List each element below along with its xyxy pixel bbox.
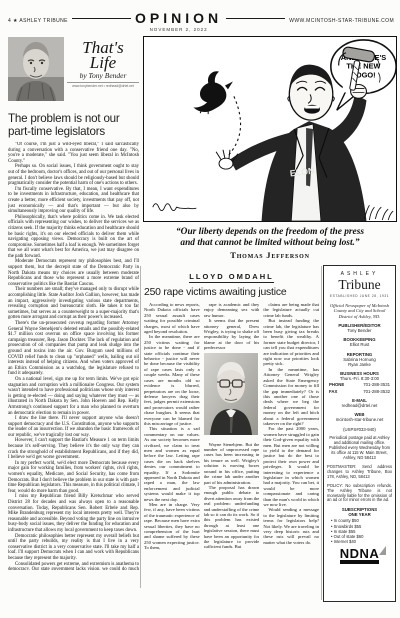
- masthead-box: ASHLEY Tribune ESTABLISHED JUNE 28, 1931…: [323, 265, 396, 602]
- column-divider-left: [140, 266, 141, 588]
- paragraph: "Of course, I'm just a wild-eyed liberal…: [8, 142, 139, 164]
- paragraph: Would sending a message to the legislatu…: [263, 507, 319, 545]
- paragraph: But instead funding the crime lab, the l…: [263, 318, 319, 367]
- paragraph: I miss my Republican friend Billy Kretsc…: [8, 494, 139, 533]
- fax-row: FAX701-288-3532: [327, 389, 392, 394]
- twitter-bird-icon: [193, 71, 233, 114]
- policy-statement: POLICY: No subscription refunds. The Ash…: [327, 484, 392, 504]
- paragraph: • Internet $40: [331, 539, 392, 544]
- editorial-cartoon: AND HERE'S THE NEW LOGO! ELON: [143, 36, 397, 222]
- article-column-3: claims are being made that the legislatu…: [263, 302, 319, 598]
- role-name: Elliot Rust: [327, 342, 392, 347]
- role-name: Tony Bender: [327, 328, 392, 333]
- publication-name: ASHLEY TRIBUNE: [19, 18, 68, 24]
- stenehjem-photo: [204, 353, 258, 435]
- columnist-contact: www.tonybender.net • redhead@drtel.net: [67, 82, 139, 88]
- article-author: LLOYD OMDAHL: [144, 266, 319, 284]
- paragraph: Perhaps so. On social issues, I think go…: [8, 164, 139, 186]
- cartoonist-signature: [153, 204, 197, 211]
- section-title: OPINION: [135, 10, 222, 26]
- postage-statement: Periodical postage paid at Ashley and ad…: [327, 436, 392, 461]
- paragraph: According to news reports, North Dakota …: [144, 302, 200, 334]
- press-freedom-quote: “Our liberty depends on the freedom of t…: [143, 227, 397, 260]
- paragraph: In my perfect world, we'd elect more Dem…: [8, 461, 139, 495]
- column-title-line2: Life: [67, 55, 139, 70]
- section-title-block: OPINION NOVEMBER 2, 2022: [135, 10, 222, 32]
- paragraph: For the past 2000 years, women have stru…: [263, 426, 319, 507]
- elon-figure: ELON: [216, 46, 380, 221]
- toss-trajectory: [228, 96, 241, 155]
- business-hours: BUSINESS HOURS Thurs.-Fri. 8:30-3:00: [327, 371, 392, 381]
- phone-label: PHONE: [329, 382, 344, 387]
- columnist-column: That's Life by Tony Bender www.tonybende…: [8, 34, 139, 570]
- paragraph: The proposal has drawn enough public deb…: [204, 485, 260, 550]
- columnist-header: That's Life by Tony Bender www.tonybende…: [8, 34, 139, 108]
- paragraph: Wayne Stenehjem. But the number of unpro…: [204, 442, 260, 485]
- article-column-1: According to news reports, North Dakota …: [144, 302, 200, 598]
- website-url: WWW.MCINTOSH-STAR-TRIBUNE.COM: [289, 18, 394, 24]
- paragraph: There's the un-prosecuted coverup regard…: [8, 321, 139, 377]
- header-rule-right: [226, 18, 285, 19]
- paragraph: I'm fiscally conservative. By that, I me…: [8, 187, 139, 215]
- paragraph: Men are in charge. Very few, if any, hav…: [144, 502, 200, 551]
- paragraph: On a national level, sign me up for term…: [8, 377, 139, 416]
- svg-text:THE NEW: THE NEW: [346, 62, 380, 71]
- article-column-2: rape is academic and they enjoy demeanin…: [204, 302, 260, 598]
- article-columns: According to news reports, North Dakota …: [144, 302, 319, 598]
- subscription-rates: • In county $50• Snowbirds $55• In state…: [327, 518, 392, 544]
- column-2-top: rape is academic and they enjoy demeanin…: [204, 302, 260, 351]
- fax-number: 701-288-3532: [363, 389, 390, 394]
- paragraph: However, I can't support the Bastiat's M…: [8, 438, 139, 460]
- quote-attribution: Thomas Jefferson: [143, 250, 397, 260]
- paragraph: In the meantime, there are 250 victims w…: [144, 334, 200, 426]
- column-divider-right: [321, 266, 322, 600]
- columnist-body: "Of course, I'm just a wild-eyed liberal…: [8, 142, 139, 570]
- masthead-name: Tribune: [327, 277, 392, 293]
- header-rule-left: [72, 18, 131, 19]
- role-name: Ryan Janke: [327, 362, 392, 367]
- web-address: mcintosh-star-tribune.net: [327, 417, 392, 422]
- email-block: E-MAIL redhead@drtel.net WEB mcintosh-st…: [327, 398, 392, 422]
- column-title: That's Life by Tony Bender www.tonybende…: [67, 40, 139, 88]
- issue-date: NOVEMBER 2, 2022: [135, 27, 222, 32]
- quote-line1: “Our liberty depends on the freedom of t…: [143, 227, 397, 238]
- staff-roles: PUBLISHER/EDITOR Tony Bender BOOKKEEPING…: [327, 323, 392, 367]
- paragraph: Democratic philosophies better represent…: [8, 534, 139, 562]
- page-number: 4: [8, 18, 11, 24]
- paragraph: It seems that the present attorney gener…: [204, 318, 260, 350]
- columnist-photo: [8, 37, 64, 101]
- hours-value: Thurs.-Fri. 8:30-3:00: [327, 376, 392, 381]
- page-number-and-publication: 4 ★ ASHLEY TRIBUNE: [8, 18, 68, 24]
- postmaster-statement: POSTMASTER: Send address changes to Ashl…: [327, 465, 392, 480]
- omdahl-article: LLOYD OMDAHL 250 rape victims awaiting j…: [144, 266, 319, 598]
- grass: [364, 205, 393, 220]
- newspaper-opinion-page: 4 ★ ASHLEY TRIBUNE OPINION NOVEMBER 2, 2…: [0, 0, 400, 618]
- ndna-logo: NDNA: [340, 548, 380, 564]
- email-address: redhead@drtel.net: [327, 403, 392, 408]
- columnist-headline: The problem is not our part-time legisla…: [8, 112, 139, 138]
- ndna-text: NDNA: [340, 548, 380, 559]
- star-icon: ★: [13, 18, 18, 24]
- paragraph: I draw the line there. I'll never suppor…: [8, 416, 139, 438]
- paragraph: Moderate Democrats represent my philosop…: [8, 259, 139, 287]
- usps-number: (USPS#033-940): [327, 427, 392, 432]
- ndna-flag-accent: [379, 546, 386, 555]
- paragraph: Consolidated powers get extreme, and ext…: [8, 562, 139, 570]
- paragraph: Their numbers are small; they've managed…: [8, 287, 139, 321]
- column-2-bottom: Wayne Stenehjem. But the number of unpro…: [204, 442, 260, 550]
- paragraph: Philosophically, that's where politics c…: [8, 215, 139, 260]
- columnist-byline: by Tony Bender: [67, 71, 139, 80]
- cartoon-drawing: AND HERE'S THE NEW LOGO! ELON: [144, 37, 396, 221]
- subscriptions: SUBSCRIPTIONS ONE YEAR • In county $50• …: [327, 507, 392, 544]
- paragraph: claims are being made that the legislatu…: [263, 302, 319, 318]
- subscriptions-term: ONE YEAR: [327, 512, 392, 517]
- paragraph: This situation is a sad commentary on ou…: [144, 426, 200, 502]
- quote-line2: and that cannot be limited without being…: [143, 238, 397, 249]
- author-name: LLOYD OMDAHL: [189, 272, 273, 283]
- paragraph: rape is academic and they enjoy demeanin…: [204, 302, 260, 318]
- official-newspaper-statement: Official Newspaper of McIntosh County an…: [327, 303, 392, 319]
- article-headline: 250 rape victims awaiting justice: [144, 287, 319, 298]
- fax-label: FAX: [329, 389, 337, 394]
- page-header: 4 ★ ASHLEY TRIBUNE OPINION NOVEMBER 2, 2…: [8, 10, 394, 32]
- paragraph: In the meantime, has Attorney General Wr…: [263, 367, 319, 426]
- phone-number: 701-288-3531: [363, 382, 390, 387]
- masthead-established: ESTABLISHED JUNE 28, 1931: [327, 294, 392, 298]
- phone-row: PHONE701-288-3531: [327, 382, 392, 387]
